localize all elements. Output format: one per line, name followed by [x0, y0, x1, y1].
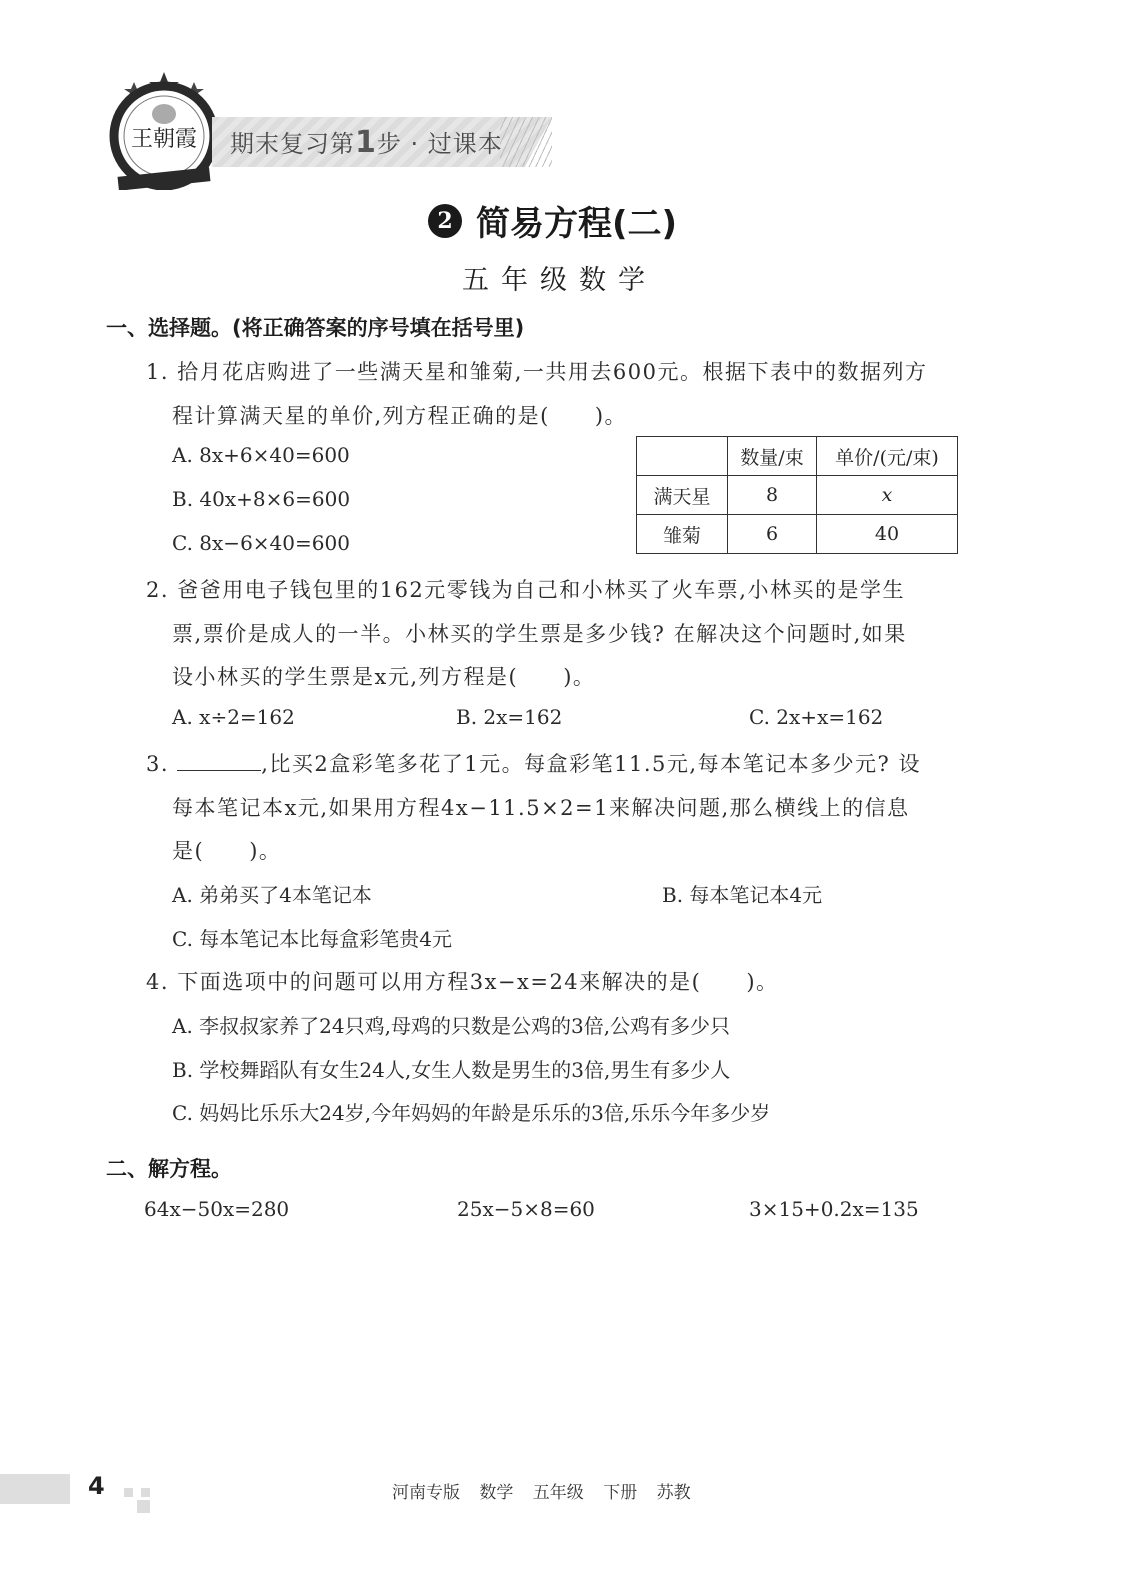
table-cell: 40 — [817, 515, 958, 554]
banner-hatch-decoration — [500, 117, 552, 167]
q1-line-2: 程计算满天星的单价,列方程正确的是( )。 — [172, 400, 627, 430]
table-header-price: 单价/(元/束) — [817, 437, 958, 476]
lesson-title: 简易方程(二) — [476, 196, 677, 245]
q4-option-c: C. 妈妈比乐乐大24岁,今年妈妈的年龄是乐乐的3倍,乐乐今年多少岁 — [172, 1097, 770, 1126]
table-cell: x — [817, 476, 958, 515]
table-cell: 6 — [728, 515, 817, 554]
svg-text:王朝霞: 王朝霞 — [131, 127, 197, 152]
equation-1: 64x−50x=280 — [144, 1197, 289, 1221]
q1-option-c: C. 8x−6×40=600 — [172, 531, 350, 555]
q4-line-1: 4. 下面选项中的问题可以用方程3x−x=24来解决的是( )。 — [146, 966, 779, 996]
table-row: 雏菊 6 40 — [637, 515, 958, 554]
page-subtitle: 五年级数学 — [462, 258, 657, 297]
footer-bar — [0, 1474, 70, 1504]
table-header-row: 数量/束 单价/(元/束) — [637, 437, 958, 476]
table-row: 满天星 8 x — [637, 476, 958, 515]
q3-option-b: B. 每本笔记本4元 — [662, 879, 822, 908]
q1-line-1: 1. 拾月花店购进了一些满天星和雏菊,一共用去600元。根据下表中的数据列方 — [146, 356, 927, 386]
table-header-quantity: 数量/束 — [728, 437, 817, 476]
equation-2: 25x−5×8=60 — [457, 1197, 595, 1221]
q2-option-b: B. 2x=162 — [456, 705, 562, 729]
q3-number: 3. — [146, 752, 169, 776]
banner-label: 期末复习第1步 · 过课本 — [230, 124, 503, 160]
footer-square-decoration — [137, 1500, 150, 1513]
banner-step-number: 1 — [355, 125, 377, 160]
footer-book-info: 河南专版 数学 五年级 下册 苏教 — [392, 1478, 691, 1503]
q1-data-table: 数量/束 单价/(元/束) 满天星 8 x 雏菊 6 40 — [636, 436, 958, 554]
q3-line-2: 每本笔记本x元,如果用方程4x−11.5×2=1来解决问题,那么横线上的信息 — [172, 792, 910, 822]
q2-line-3: 设小林买的学生票是x元,列方程是( )。 — [172, 661, 595, 691]
section-heading-solve: 二、解方程。 — [106, 1153, 232, 1183]
equation-3: 3×15+0.2x=135 — [749, 1197, 919, 1221]
q3-fill-blank[interactable] — [177, 752, 261, 771]
table-cell: 雏菊 — [637, 515, 728, 554]
page-number: 4 — [88, 1472, 105, 1500]
q2-line-1: 2. 爸爸用电子钱包里的162元零钱为自己和小林买了火车票,小林买的是学生 — [146, 574, 905, 604]
q4-option-a: A. 李叔叔家养了24只鸡,母鸡的只数是公鸡的3倍,公鸡有多少只 — [172, 1010, 730, 1039]
footer-square-decoration — [141, 1488, 150, 1497]
q4-option-b: B. 学校舞蹈队有女生24人,女生人数是男生的3倍,男生有多少人 — [172, 1054, 730, 1083]
table-cell: 满天星 — [637, 476, 728, 515]
banner-prefix: 期末复习第 — [230, 130, 355, 158]
q2-option-a: A. x÷2=162 — [172, 705, 295, 729]
lesson-number-badge: 2 — [428, 204, 462, 238]
q1-option-a: A. 8x+6×40=600 — [172, 443, 350, 467]
q1-option-b: B. 40x+8×6=600 — [172, 487, 350, 511]
q2-option-c: C. 2x+x=162 — [749, 705, 883, 729]
table-cell — [637, 437, 728, 476]
banner-suffix: 步 · 过课本 — [377, 130, 503, 158]
table-cell: 8 — [728, 476, 817, 515]
footer-square-decoration — [124, 1488, 133, 1497]
page-title: 2 简易方程(二) — [428, 196, 677, 245]
q3-line-3: 是( )。 — [172, 835, 281, 865]
q3-line-1: 3. ,比买2盒彩笔多花了1元。每盒彩笔11.5元,每本笔记本多少元? 设 — [146, 748, 921, 778]
section-heading-choice: 一、选择题。(将正确答案的序号填在括号里) — [106, 312, 524, 342]
q3-option-c: C. 每本笔记本比每盒彩笔贵4元 — [172, 923, 452, 952]
publisher-logo: 王朝霞 — [104, 70, 224, 190]
q2-line-2: 票,票价是成人的一半。小林买的学生票是多少钱? 在解决这个问题时,如果 — [172, 618, 907, 648]
q3-option-a: A. 弟弟买了4本笔记本 — [172, 879, 372, 908]
q3-line-1-text: ,比买2盒彩笔多花了1元。每盒彩笔11.5元,每本笔记本多少元? 设 — [261, 752, 921, 776]
